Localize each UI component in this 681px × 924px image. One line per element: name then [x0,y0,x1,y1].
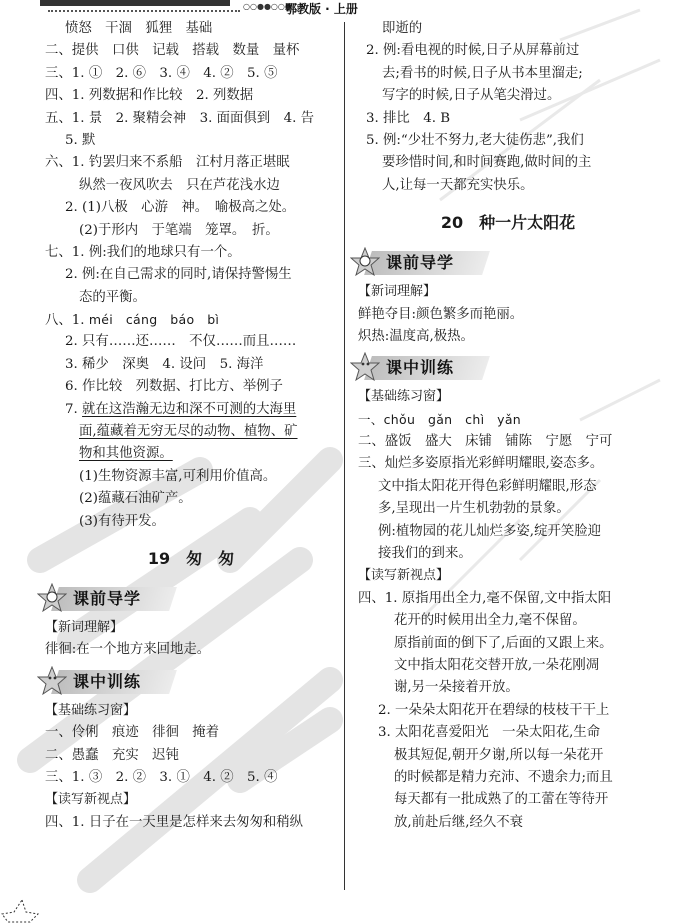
answer-line: 接我们的到来。 [358,543,658,565]
answer-line: 谢,另一朵接着开放。 [358,677,658,699]
answer-line: 2. (1)八极 心游 神。 喻极高之处。 [45,197,337,219]
answer-line: 二、盛饭 盛大 床铺 铺陈 宁愿 宁可 [358,431,658,453]
answer-line: 二、提供 口供 记载 搭载 数量 量杯 [45,40,337,62]
answer-line: 极其短促,朝开夕谢,所以每一朵花开 [358,745,658,767]
answer-line-pinyin: 八、1. méi cáng báo bì [45,309,337,331]
definition-line: 徘徊:在一个地方来回地走。 [45,639,337,661]
answer-line: 三、1. ① 2. ⑥ 3. ④ 4. ② 5. ⑤ [45,63,337,85]
answer-line: 七、1. 例:我们的地球只有一个。 [45,242,337,264]
star-magnifier-icon [37,583,67,613]
section-heading: 【基础练习窗】 [358,386,658,408]
answer-line: 即逝的 [358,18,658,40]
star-mascot-icon [350,352,380,382]
banner-label: 课中训练 [386,357,454,379]
answer-line: 2. 例:看电视的时候,日子从屏幕前过 [358,40,658,62]
answer-line: 3. 太阳花喜爱阳光 一朵太阳花,生命 [358,722,658,744]
right-column: 即逝的 2. 例:看电视的时候,日子从屏幕前过 去;看书的时候,日子从书本里溜走… [358,18,658,834]
header-wave-decoration [48,6,240,12]
answer-line: 三、1. ③ 2. ② 3. ① 4. ② 5. ④ [45,767,337,789]
answer-line: 写字的时候,日子从笔尖滑过。 [358,85,658,107]
answer-line: 2. 只有……还…… 不仅……而且…… [45,331,337,353]
answer-line: 花开的时候用出全力,毫不保留。 [358,610,658,632]
answer-line: 3. 排比 4. B [358,108,658,130]
lesson-title: 19 匆 匆 [45,539,337,579]
answer-line: 多,呈现出一片生机勃勃的景象。 [358,498,658,520]
answer-line: 例:植物园的花儿灿烂多姿,绽开笑脸迎 [358,521,658,543]
underlined-text: 就在这浩瀚无边和深不可测的大海里 [82,402,296,417]
answer-line: (2)于形内 于笔端 笼罩。 折。 [45,220,337,242]
answer-line: 一、伶俐 痕迹 徘徊 掩着 [45,722,337,744]
edition-label: 鄂教版 · 上册 [285,0,358,17]
answer-line: 纵然一夜风吹去 只在芦花浅水边 [45,175,337,197]
answer-line: 人,让每一天都充实快乐。 [358,175,658,197]
answer-line: 要珍惜时间,和时间赛跑,做时间的主 [358,152,658,174]
answer-line: 5. 例:“少壮不努力,老大徒伤悲”,我们 [358,130,658,152]
page-number-star-icon [0,898,40,924]
answer-line: (1)生物资源丰富,可利用价值高。 [45,466,337,488]
answer-line-pinyin: 一、chǒu gǎn chì yǎn [358,409,658,431]
left-column: 愤怒 干涸 狐狸 基础 二、提供 口供 记载 搭载 数量 量杯 三、1. ① 2… [45,18,337,834]
section-banner-pre-class: 课前导学 [37,583,187,615]
answer-line: 愤怒 干涸 狐狸 基础 [45,18,337,40]
definition-line: 炽热:温度高,极热。 [358,326,658,348]
answer-line: 原指前面的倒下了,后面的又跟上来。 [358,633,658,655]
answer-line: 2. 例:在自己需求的同时,请保持警惕生 [45,264,337,286]
answer-line: 去;看书的时候,日子从书本里溜走; [358,63,658,85]
answer-line: 三、灿烂多姿原指光彩鲜明耀眼,姿态多。 [358,453,658,475]
answer-line: 文中指太阳花交替开放,一朵花刚凋 [358,655,658,677]
definition-line: 鲜艳夺目:颜色繁多而艳丽。 [358,304,658,326]
answer-line: 四、1. 日子在一天里是怎样来去匆匆和稍纵 [45,812,337,834]
pinyin-answer: méi cáng báo bì [89,312,219,327]
section-banner-in-class: 课中训练 [350,352,500,384]
answer-line: (3)有待开发。 [45,511,337,533]
answer-line: 5. 默 [45,130,337,152]
star-mascot-icon [37,666,67,696]
answer-line: 六、1. 钓罢归来不系船 江村月落正堪眠 [45,152,337,174]
answer-line: 四、1. 列数据和作比较 2. 列数据 [45,85,337,107]
star-magnifier-icon [350,247,380,277]
banner-label: 课中训练 [73,671,141,693]
item-number: 7. [65,402,82,417]
answer-line: 态的平衡。 [45,287,337,309]
answer-line: 五、1. 景 2. 聚精会神 3. 面面俱到 4. 告 [45,108,337,130]
answer-line: 的时候都是精力充沛、不遗余力;而且 [358,767,658,789]
section-banner-pre-class: 课前导学 [350,247,500,279]
answer-line: 物和其他资源。 [45,443,337,465]
lesson-title: 20 种一片太阳花 [358,203,658,243]
answer-line: 放,前赴后继,经久不衰 [358,812,658,834]
answer-line: 2. 一朵朵太阳花开在碧绿的枝枝干干上 [358,700,658,722]
section-heading: 【读写新视点】 [358,565,658,587]
answer-line: 每天都有一批成熟了的工蕾在等待开 [358,789,658,811]
section-heading: 【读写新视点】 [45,789,337,811]
banner-label: 课前导学 [73,588,141,610]
section-heading: 【新词理解】 [45,617,337,639]
answer-line: 四、1. 原指用出全力,毫不保留,文中指太阳 [358,588,658,610]
answer-line: (2)蕴藏石油矿产。 [45,488,337,510]
answer-line: 文中指太阳花开得色彩鲜明耀眼,形态 [358,476,658,498]
answer-line: 3. 稀少 深奥 4. 设问 5. 海洋 [45,354,337,376]
answer-line: 二、愚蠢 充实 迟钝 [45,745,337,767]
answer-line: 6. 作比较 列数据、打比方、举例子 [45,376,337,398]
answer-line-underlined: 7. 就在这浩瀚无边和深不可测的大海里 [45,399,337,421]
answer-line: 面,蕴藏着无穷无尽的动物、植物、矿 [45,421,337,443]
page-header: ○○●●○○●○ 鄂教版 · 上册 [40,0,640,14]
item-number: 八、1. [45,313,89,328]
section-heading: 【新词理解】 [358,281,658,303]
banner-label: 课前导学 [386,252,454,274]
section-banner-in-class: 课中训练 [37,666,187,698]
column-divider [344,22,345,890]
section-heading: 【基础练习窗】 [45,700,337,722]
